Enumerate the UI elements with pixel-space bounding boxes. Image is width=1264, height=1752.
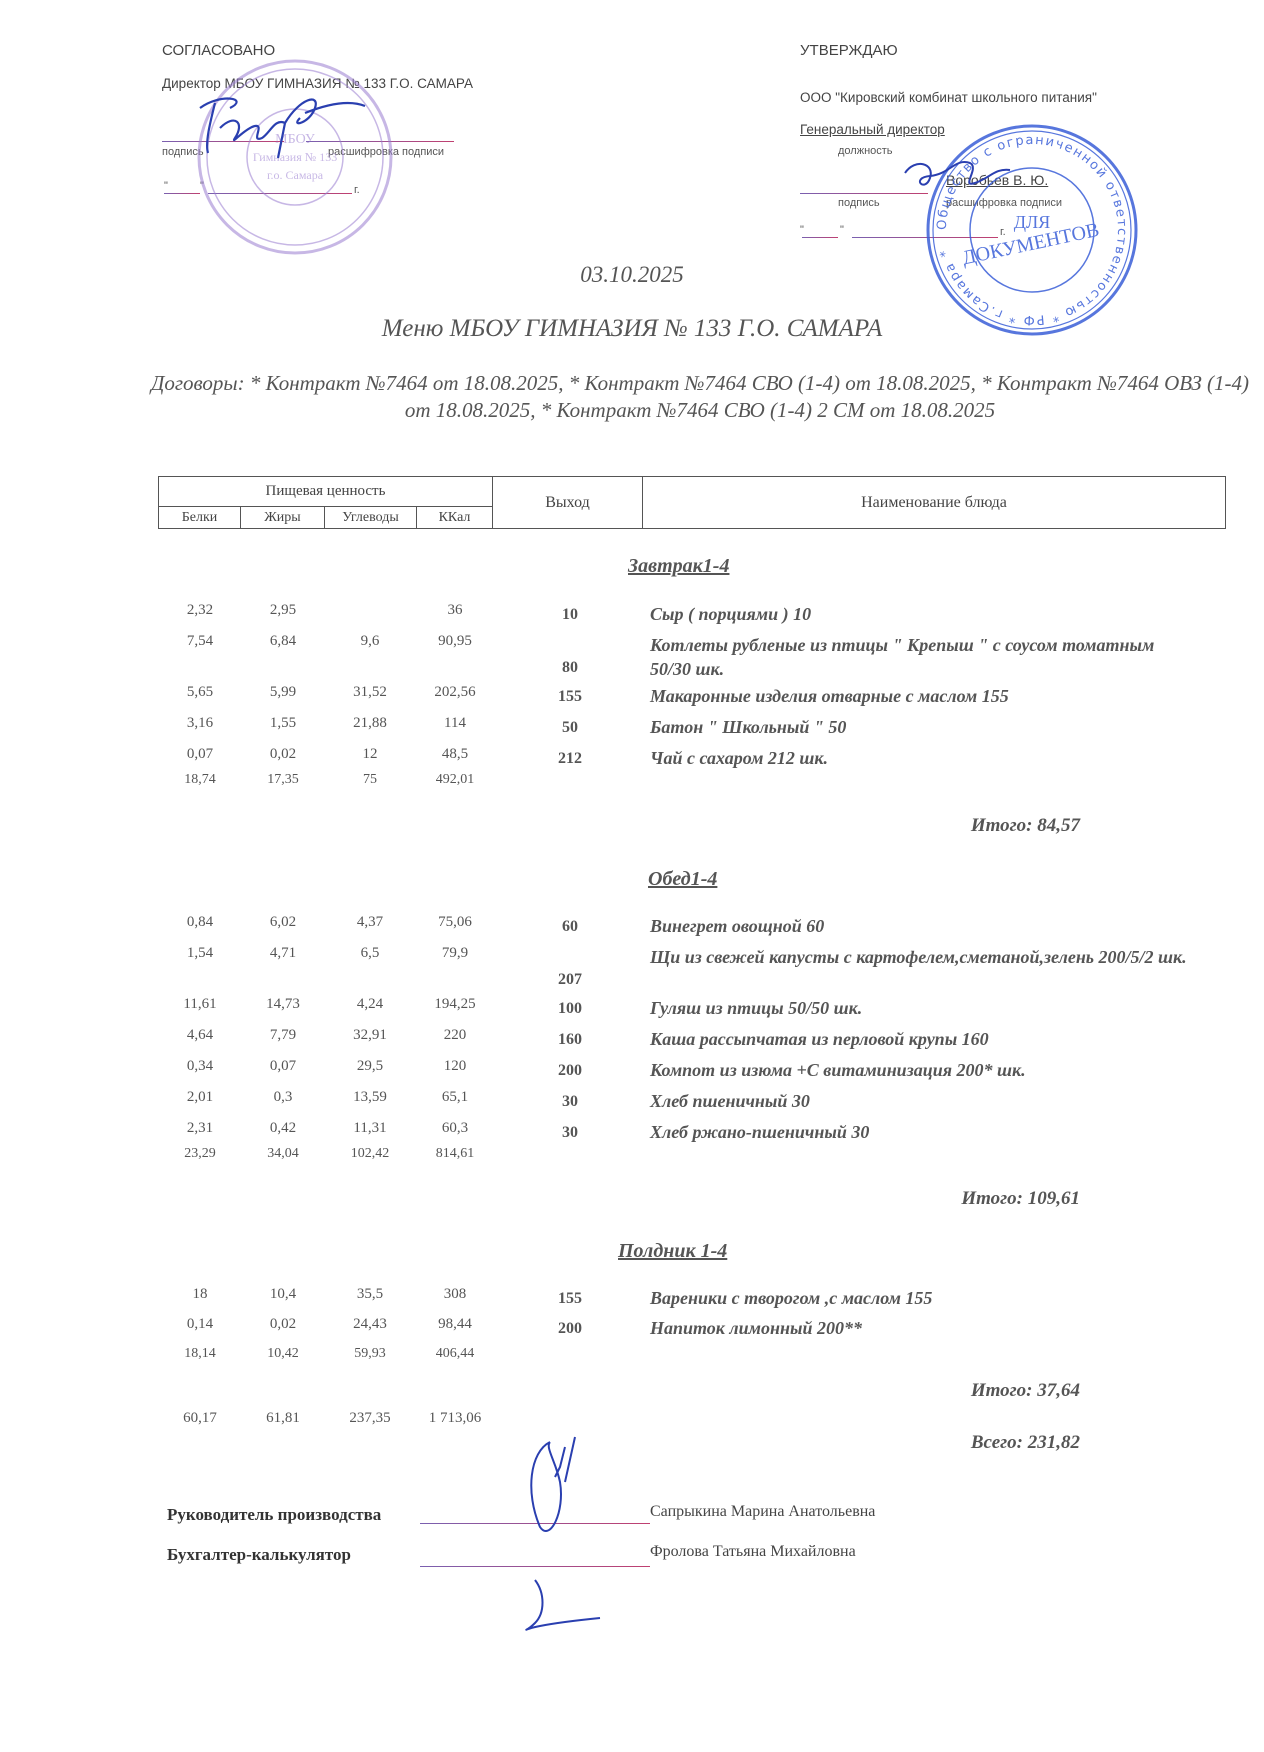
signature-role-production: Руководитель производства (167, 1505, 381, 1525)
cell-kcal: 60,3 (415, 1120, 495, 1137)
header-output: Выход (493, 477, 643, 529)
cell-fat: 0,02 (243, 746, 323, 763)
dish-name: Винегрет овощной 60 (650, 914, 1190, 938)
grand-total: Всего: 231,82 (900, 1432, 1080, 1454)
cell-output: 207 (540, 971, 600, 989)
cell-kcal: 220 (415, 1027, 495, 1044)
section-sum-kcal: 406,44 (415, 1346, 495, 1362)
header-nutrition: Пищевая ценность (159, 477, 493, 507)
section-title: Полдник 1-4 (618, 1240, 727, 1263)
cell-protein: 5,65 (160, 684, 240, 701)
cell-fat: 0,42 (243, 1120, 323, 1137)
cell-fat: 6,02 (243, 914, 323, 931)
section-sum-protein: 18,14 (160, 1346, 240, 1362)
cell-protein: 2,31 (160, 1120, 240, 1137)
grand-carbs: 237,35 (330, 1410, 410, 1427)
cell-protein: 3,16 (160, 715, 240, 732)
cell-carbs: 4,37 (330, 914, 410, 931)
cell-protein: 4,64 (160, 1027, 240, 1044)
dish-name: Хлеб ржано-пшеничный 30 (650, 1120, 1190, 1144)
menu-table-header: Пищевая ценность Выход Наименование блюд… (158, 476, 1226, 529)
header-kcal: ККал (417, 507, 493, 529)
dish-name: Чай с сахаром 212 шк. (650, 746, 1190, 770)
section-sum-fat: 10,42 (243, 1346, 323, 1362)
section-sum-fat: 17,35 (243, 772, 323, 788)
section-sum-fat: 34,04 (243, 1146, 323, 1162)
section-sum-protein: 23,29 (160, 1146, 240, 1162)
cell-kcal: 114 (415, 715, 495, 732)
section-title: Завтрак1-4 (628, 555, 729, 578)
date-quote: " (840, 224, 844, 236)
cell-protein: 0,07 (160, 746, 240, 763)
cell-protein: 0,84 (160, 914, 240, 931)
dish-name: Батон " Школьный " 50 (650, 715, 1190, 739)
cell-fat: 1,55 (243, 715, 323, 732)
cell-output: 160 (540, 1031, 600, 1049)
cell-protein: 7,54 (160, 633, 240, 650)
cell-carbs: 35,5 (330, 1286, 410, 1303)
cell-kcal: 90,95 (415, 633, 495, 650)
cell-fat: 0,02 (243, 1316, 323, 1333)
cell-carbs: 6,5 (330, 945, 410, 962)
dish-name: Котлеты рубленые из птицы " Крепыш " с с… (650, 633, 1190, 681)
dish-name: Компот из изюма +С витаминизация 200* шк… (650, 1058, 1190, 1082)
cell-carbs: 11,31 (330, 1120, 410, 1137)
approval-right-position-label: должность (838, 145, 893, 157)
section-sum-kcal: 492,01 (415, 772, 495, 788)
cell-output: 30 (540, 1124, 600, 1142)
section-total: Итого: 109,61 (900, 1188, 1080, 1210)
dish-name: Каша рассыпчатая из перловой крупы 160 (650, 1027, 1190, 1051)
header-dish: Наименование блюда (643, 477, 1226, 529)
signature-name-production: Сапрыкина Марина Анатольевна (650, 1503, 875, 1521)
cell-fat: 5,99 (243, 684, 323, 701)
cell-carbs: 12 (330, 746, 410, 763)
cell-kcal: 308 (415, 1286, 495, 1303)
cell-fat: 10,4 (243, 1286, 323, 1303)
cell-protein: 1,54 (160, 945, 240, 962)
section-sum-carbs: 75 (330, 772, 410, 788)
cell-kcal: 65,1 (415, 1089, 495, 1106)
dish-name: Макаронные изделия отварные с маслом 155 (650, 684, 1190, 708)
cell-carbs: 21,88 (330, 715, 410, 732)
grand-fat: 61,81 (243, 1410, 323, 1427)
header-protein: Белки (159, 507, 241, 529)
cell-output: 60 (540, 918, 600, 936)
cell-output: 100 (540, 1000, 600, 1018)
section-sum-carbs: 102,42 (330, 1146, 410, 1162)
cell-kcal: 48,5 (415, 746, 495, 763)
dish-name: Щи из свежей капусты с картофелем,сметан… (650, 945, 1190, 969)
section-sum-protein: 18,74 (160, 772, 240, 788)
cell-output: 155 (540, 1290, 600, 1308)
cell-kcal: 79,9 (415, 945, 495, 962)
approval-right-org: ООО "Кировский комбинат школьного питани… (800, 90, 1097, 105)
cell-protein: 2,32 (160, 602, 240, 619)
cell-carbs: 4,24 (330, 996, 410, 1013)
approval-right-sign-label: подпись (838, 197, 880, 209)
cell-carbs: 9,6 (330, 633, 410, 650)
general-director-signature (900, 148, 1020, 208)
cell-fat: 14,73 (243, 996, 323, 1013)
cell-fat: 4,71 (243, 945, 323, 962)
document-contracts: Договоры: * Контракт №7464 от 18.08.2025… (150, 370, 1250, 424)
cell-output: 30 (540, 1093, 600, 1111)
cell-kcal: 75,06 (415, 914, 495, 931)
accountant-signature (490, 1578, 610, 1638)
cell-kcal: 36 (415, 602, 495, 619)
cell-output: 200 (540, 1062, 600, 1080)
production-head-signature (520, 1432, 600, 1542)
cell-output: 10 (540, 606, 600, 624)
cell-protein: 2,01 (160, 1089, 240, 1106)
cell-fat: 7,79 (243, 1027, 323, 1044)
dish-name: Вареники с творогом ,с маслом 155 (650, 1286, 1190, 1310)
cell-protein: 11,61 (160, 996, 240, 1013)
date-quote: " (800, 224, 804, 236)
grand-kcal: 1 713,06 (415, 1410, 495, 1427)
cell-fat: 2,95 (243, 602, 323, 619)
section-total: Итого: 84,57 (900, 815, 1080, 837)
cell-kcal: 98,44 (415, 1316, 495, 1333)
cell-output: 212 (540, 750, 600, 768)
cell-protein: 18 (160, 1286, 240, 1303)
header-carbs: Углеводы (325, 507, 417, 529)
dish-name: Гуляш из птицы 50/50 шк. (650, 996, 1190, 1020)
cell-output: 80 (540, 659, 600, 677)
cell-fat: 0,3 (243, 1089, 323, 1106)
grand-protein: 60,17 (160, 1410, 240, 1427)
approval-right-heading: УТВЕРЖДАЮ (800, 42, 898, 59)
cell-carbs: 13,59 (330, 1089, 410, 1106)
section-sum-carbs: 59,93 (330, 1346, 410, 1362)
cell-protein: 0,14 (160, 1316, 240, 1333)
cell-carbs: 24,43 (330, 1316, 410, 1333)
cell-carbs: 32,91 (330, 1027, 410, 1044)
svg-text:г.о. Самара: г.о. Самара (267, 168, 324, 182)
header-fat: Жиры (241, 507, 325, 529)
cell-fat: 6,84 (243, 633, 323, 650)
document-date: 03.10.2025 (0, 262, 1264, 288)
dish-name: Сыр ( порциями ) 10 (650, 602, 1190, 626)
cell-kcal: 202,56 (415, 684, 495, 701)
section-title: Обед1-4 (648, 868, 717, 891)
cell-carbs: 31,52 (330, 684, 410, 701)
section-sum-kcal: 814,61 (415, 1146, 495, 1162)
cell-protein: 0,34 (160, 1058, 240, 1075)
date-quote: " (164, 180, 168, 192)
signature-role-accountant: Бухгалтер-калькулятор (167, 1545, 351, 1565)
signature-name-accountant: Фролова Татьяна Михайловна (650, 1543, 856, 1561)
director-signature (190, 88, 370, 163)
cell-output: 50 (540, 719, 600, 737)
dish-name: Напиток лимонный 200** (650, 1316, 1190, 1340)
cell-kcal: 120 (415, 1058, 495, 1075)
cell-output: 200 (540, 1320, 600, 1338)
dish-name: Хлеб пшеничный 30 (650, 1089, 1190, 1113)
cell-output: 155 (540, 688, 600, 706)
cell-carbs: 29,5 (330, 1058, 410, 1075)
document-title: Меню МБОУ ГИМНАЗИЯ № 133 Г.О. САМАРА (0, 315, 1264, 343)
cell-fat: 0,07 (243, 1058, 323, 1075)
cell-kcal: 194,25 (415, 996, 495, 1013)
section-total: Итого: 37,64 (900, 1380, 1080, 1402)
